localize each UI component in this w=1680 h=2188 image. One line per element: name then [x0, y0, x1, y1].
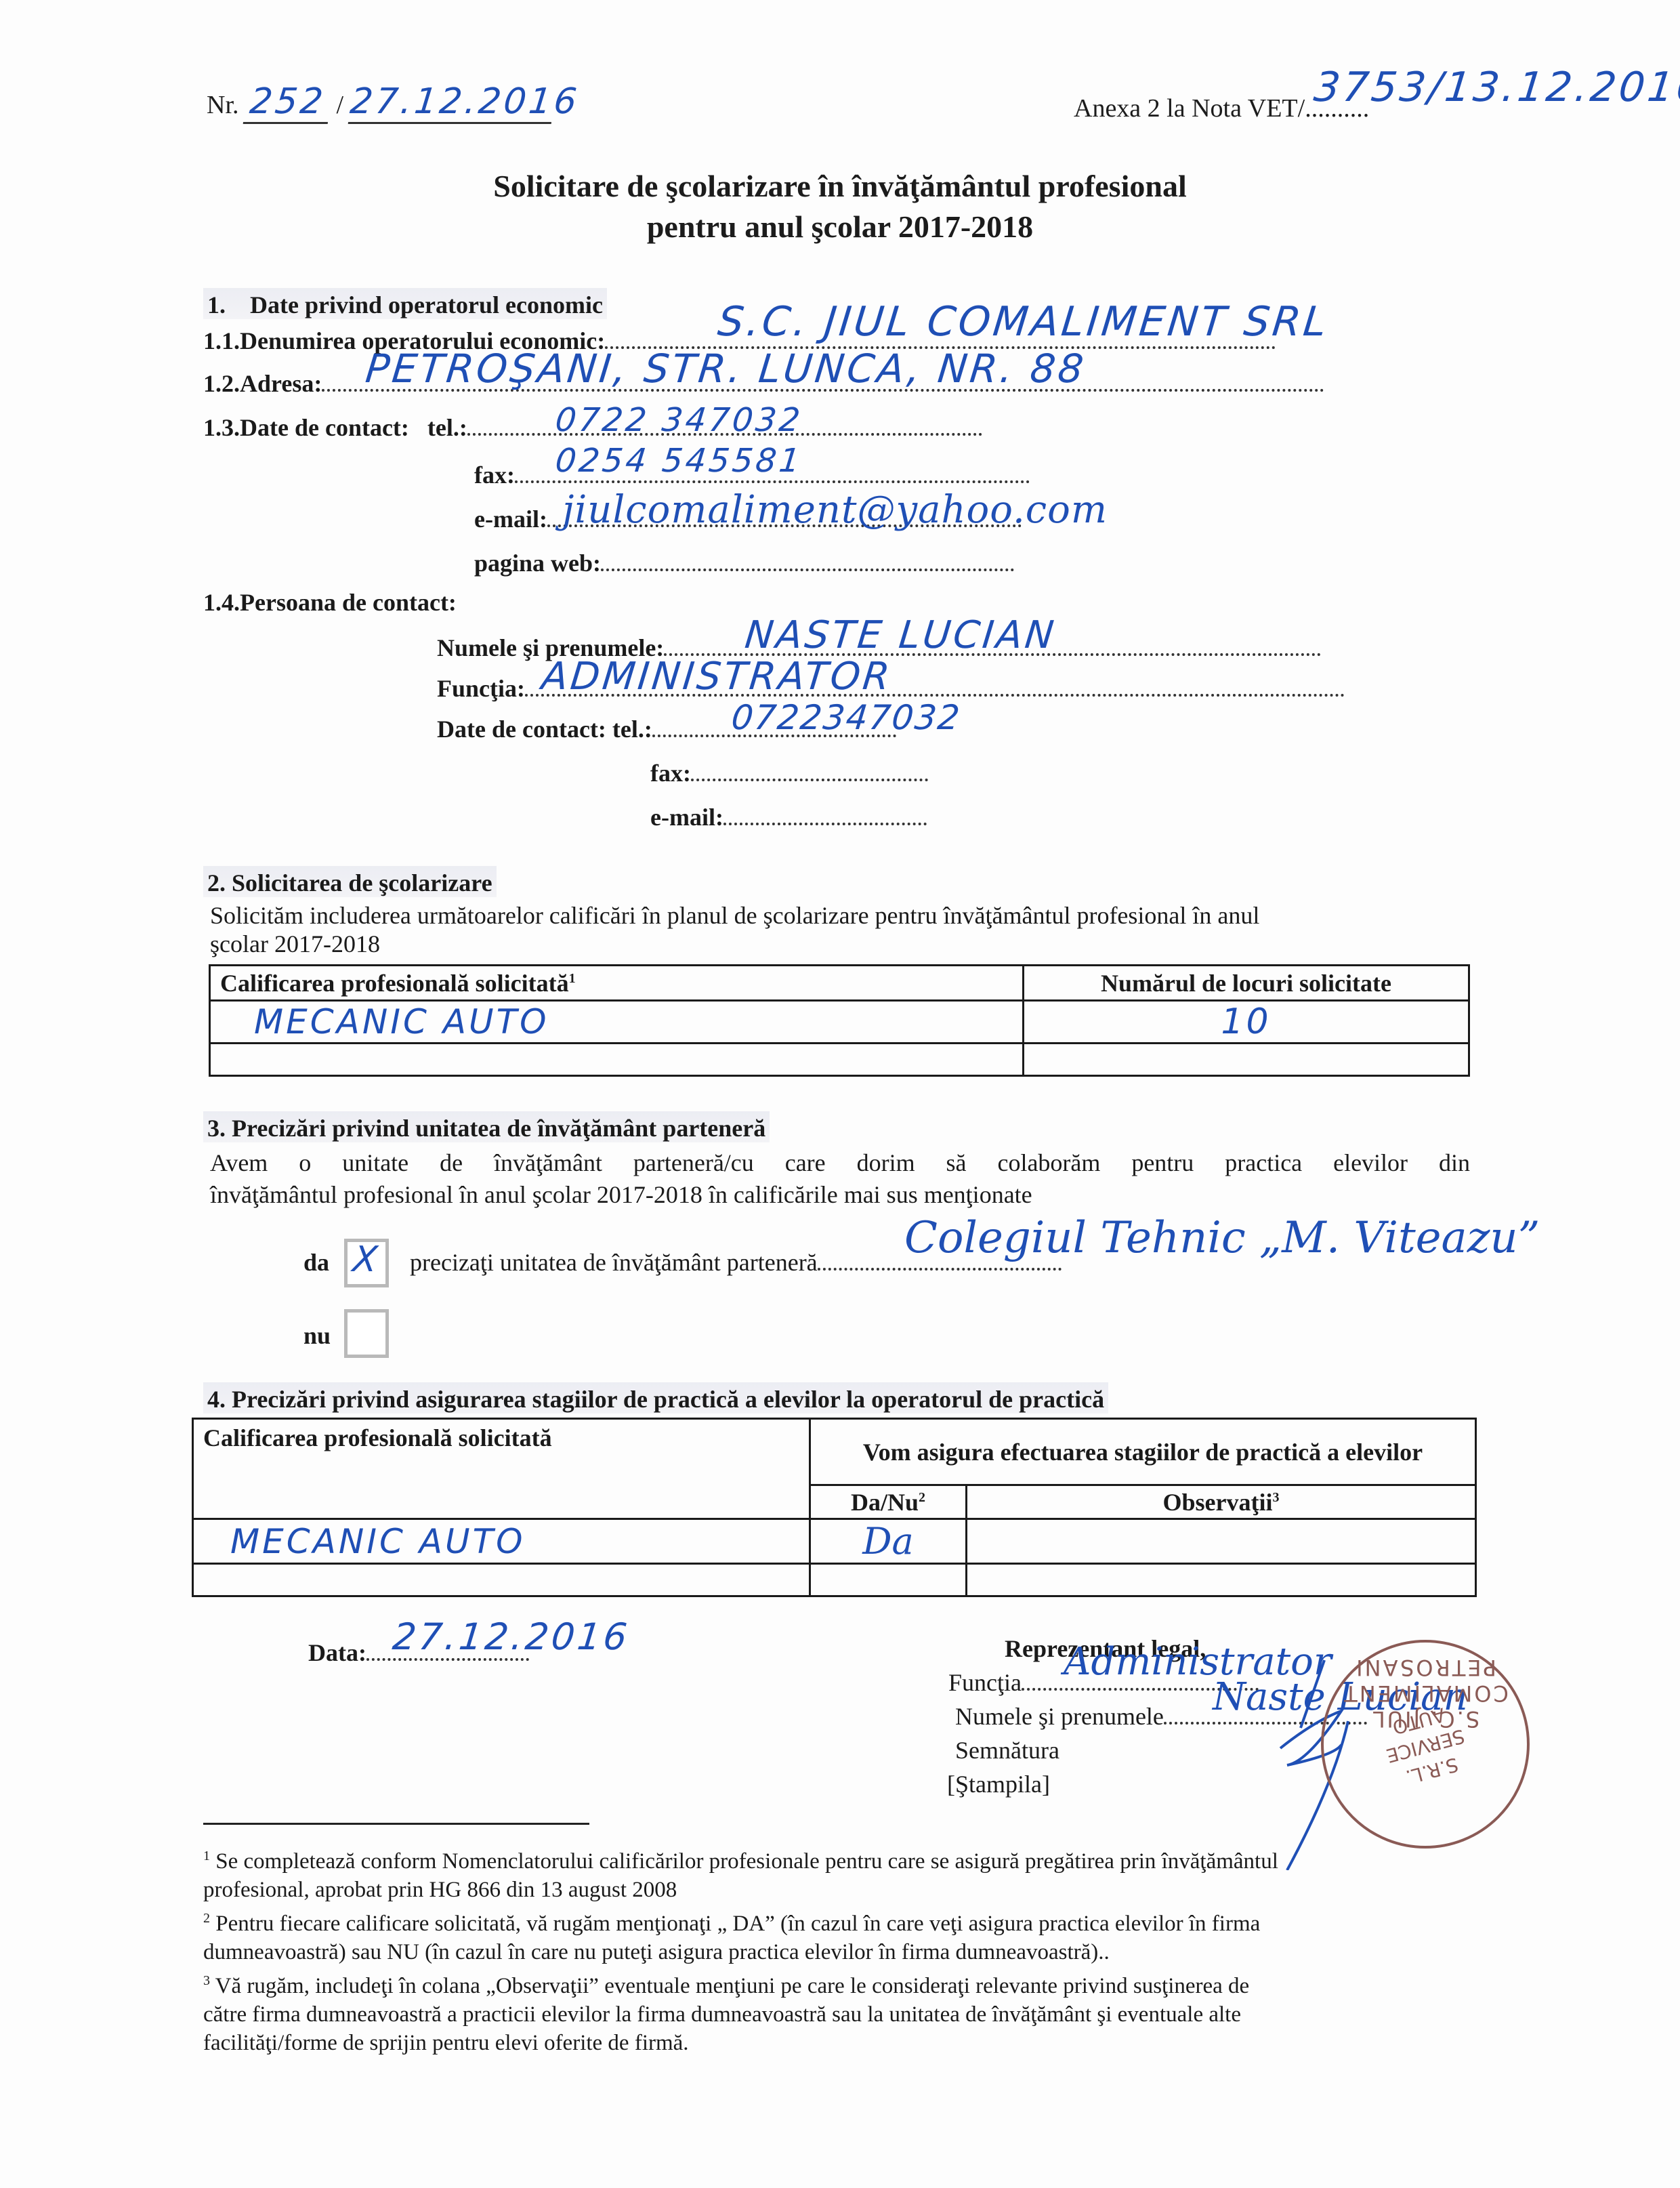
footnotes: 1 Se completează conform Nomenclatorului… — [203, 1842, 1278, 2057]
contact-fax-dots[interactable] — [691, 775, 928, 781]
qualification-cell[interactable]: MECANIC AUTO — [193, 1519, 810, 1564]
col-observations-header: Observaţii3 — [967, 1485, 1476, 1519]
qualifications-table: Calificarea profesională solicitată1 Num… — [209, 964, 1470, 1077]
contact-person-heading: 1.4.Persoana de contact: — [203, 588, 457, 617]
section2-text-line1: Solicităm includerea următoarelor califi… — [210, 901, 1259, 930]
section1-number: 1. — [207, 291, 226, 318]
qualification-cell[interactable] — [210, 1044, 1024, 1076]
section2-heading: 2. Solicitarea de şcolarizare — [203, 866, 497, 897]
checkmark-x-icon: X — [351, 1239, 382, 1280]
table-header-row: Calificarea profesională solicitată1 Num… — [210, 966, 1469, 1001]
footnote-3-cont: către firma dumneavoastră a practicii el… — [203, 2000, 1278, 2029]
address-label: 1.2.Adresa: — [203, 370, 322, 397]
signature-label: Semnătura — [955, 1736, 1059, 1764]
observations-cell[interactable] — [967, 1564, 1476, 1596]
date-label: Data: — [308, 1639, 366, 1666]
tel-label: tel.: — [427, 414, 467, 441]
page-subtitle: pentru anul şcolar 2017-2018 — [0, 209, 1680, 245]
contact-tel-value[interactable]: 0722347032 — [730, 698, 963, 737]
col-places-header: Numărul de locuri solicitate — [1024, 966, 1469, 1001]
section3-text-line2: învăţământul profesional în anul şcolar … — [210, 1180, 1032, 1209]
partner-dots — [818, 1264, 1062, 1271]
footnote-3: 3 Vă rugăm, includeţi în colana „Observa… — [203, 1966, 1278, 2000]
table-row — [193, 1564, 1476, 1596]
tel-value[interactable]: 0722 347032 — [553, 401, 805, 439]
footnote-num: 1 — [203, 1849, 210, 1863]
footnote-3-cont: facilităţi/forme de sprijin pentru elevi… — [203, 2029, 1278, 2057]
footnote-1: 1 Se completează conform Nomenclatorului… — [203, 1842, 1278, 1876]
da-nu-cell[interactable] — [810, 1564, 967, 1596]
places-cell[interactable] — [1024, 1044, 1469, 1076]
address-value[interactable]: PETROŞANI, STR. LUNCA, NR. 88 — [363, 346, 1088, 392]
qualification-value: MECANIC AUTO — [203, 1522, 526, 1561]
rep-role-label: Funcţia — [948, 1669, 1022, 1696]
table-row: MECANIC AUTO Da — [193, 1519, 1476, 1564]
annex-ref-value: 3753/13.12.2016 — [1311, 64, 1680, 111]
nr-value: 252 — [243, 81, 333, 124]
footnote-1-cont: profesional, aprobat prin HG 866 din 13 … — [203, 1876, 1278, 1904]
qualification-value: MECANIC AUTO — [220, 1002, 549, 1041]
header-text: Calificarea profesională solicitată — [220, 970, 569, 997]
nr-separator: / — [337, 91, 344, 119]
contact-fax-label: fax: — [650, 760, 691, 787]
company-name-value[interactable]: S.C. JIUL COMALIMENT SRL — [715, 298, 1331, 346]
no-label: nu — [303, 1321, 331, 1350]
col-qualification-header: Calificarea profesională solicitată — [193, 1419, 810, 1519]
page-title: Solicitare de şcolarizare în învăţământu… — [0, 168, 1680, 204]
col-da-nu-header: Da/Nu2 — [810, 1485, 967, 1519]
header-text: Da/Nu — [851, 1489, 919, 1516]
fax-value[interactable]: 0254 545581 — [553, 442, 805, 480]
table-row — [210, 1044, 1469, 1076]
contact-fax-field: fax: — [650, 759, 928, 787]
web-dots[interactable] — [601, 564, 1014, 571]
table-header-row: Calificarea profesională solicitată Vom … — [193, 1419, 1476, 1485]
header-text: Observaţii — [1163, 1489, 1273, 1516]
no-checkbox[interactable] — [344, 1309, 389, 1358]
footnote-ref: 2 — [919, 1490, 925, 1505]
footnote-2: 2 Pentru fiecare calificare solicitată, … — [203, 1904, 1278, 1938]
web-field: pagina web: — [474, 549, 1014, 577]
registration-number: Nr. 252 / 27.12.2016 — [207, 81, 553, 124]
footnote-text: Pentru fiecare calificare solicitată, vă… — [215, 1912, 1260, 1936]
section3-heading: 3. Precizări privind unitatea de învăţăm… — [203, 1111, 770, 1142]
section4-heading: 4. Precizări privind asigurarea stagiilo… — [203, 1382, 1108, 1413]
col-qualification-header: Calificarea profesională solicitată1 — [210, 966, 1024, 1001]
footnote-ref: 3 — [1272, 1490, 1279, 1505]
nr-label: Nr. — [207, 91, 239, 119]
annex-label: Anexa 2 la Nota VET/ — [1074, 94, 1305, 123]
section2-text-line2: şcolar 2017-2018 — [210, 930, 380, 958]
footnote-num: 2 — [203, 1911, 210, 1926]
da-nu-cell[interactable]: Da — [810, 1519, 967, 1564]
contact-role-label: Funcţia: — [437, 675, 525, 702]
yes-checkbox[interactable]: X — [344, 1239, 389, 1287]
document-page: { "header": { "nr_label": "Nr.", "nr_val… — [0, 0, 1680, 2188]
contact-label: 1.3.Date de contact: — [203, 414, 409, 441]
footnote-ref: 1 — [569, 971, 576, 986]
email-label: e-mail: — [474, 505, 547, 533]
fax-label: fax: — [474, 461, 515, 489]
places-value: 10 — [1221, 1002, 1271, 1042]
stamp-label: [Ştampila] — [947, 1770, 1050, 1798]
nr-date: 27.12.2016 — [348, 81, 555, 124]
places-cell[interactable]: 10 — [1024, 1001, 1469, 1044]
contact-role-value[interactable]: ADMINISTRATOR — [540, 655, 895, 699]
observations-cell[interactable] — [967, 1519, 1476, 1564]
section1-heading: 1. Date privind operatorul economic — [203, 288, 607, 319]
qualification-cell[interactable]: MECANIC AUTO — [210, 1001, 1024, 1044]
partner-value[interactable]: Colegiul Tehnic „M. Viteazu” — [904, 1213, 1540, 1263]
web-label: pagina web: — [474, 550, 601, 577]
internship-table: Calificarea profesională solicitată Vom … — [192, 1418, 1477, 1597]
section3-text-line1: Avem o unitate de învăţământ parteneră/c… — [210, 1149, 1470, 1177]
table-row: MECANIC AUTO 10 — [210, 1001, 1469, 1044]
da-nu-value: Da — [862, 1520, 914, 1563]
company-stamp: S.C. JIUL COMALIMENT PETROSANI S.R.L. SE… — [1321, 1640, 1530, 1849]
contact-email-label: e-mail: — [650, 804, 723, 831]
section1-title: Date privind operatorul economic — [250, 291, 603, 318]
group-header: Vom asigura efectuarea stagiilor de prac… — [810, 1419, 1476, 1485]
yes-label: da — [303, 1248, 329, 1277]
contact-email-dots[interactable] — [723, 819, 927, 825]
rep-name-label: Numele şi prenumele — [955, 1703, 1164, 1730]
qualification-cell[interactable] — [193, 1564, 810, 1596]
footnote-num: 3 — [203, 1973, 210, 1988]
annex-reference: Anexa 2 la Nota VET/.......... 3753/13.1… — [1074, 68, 1369, 98]
contact-name-value[interactable]: NASTE LUCIAN — [743, 613, 1059, 657]
contact-tel-label: Date de contact: tel.: — [437, 716, 652, 743]
footnote-divider — [203, 1823, 589, 1825]
footnote-text: Se completează conform Nomenclatorului c… — [215, 1849, 1278, 1874]
footnote-text: Vă rugăm, includeţi în colana „Observaţi… — [215, 1974, 1250, 1998]
date-value[interactable]: 27.12.2016 — [391, 1615, 632, 1658]
footnote-2-cont: dumneavoastră) sau NU (în cazul în care … — [203, 1938, 1278, 1966]
contact-email-field: e-mail: — [650, 803, 927, 831]
email-value[interactable]: jiulcomaliment@yahoo.com — [562, 488, 1108, 532]
partner-label: precizaţi unitatea de învăţământ partene… — [410, 1249, 818, 1276]
